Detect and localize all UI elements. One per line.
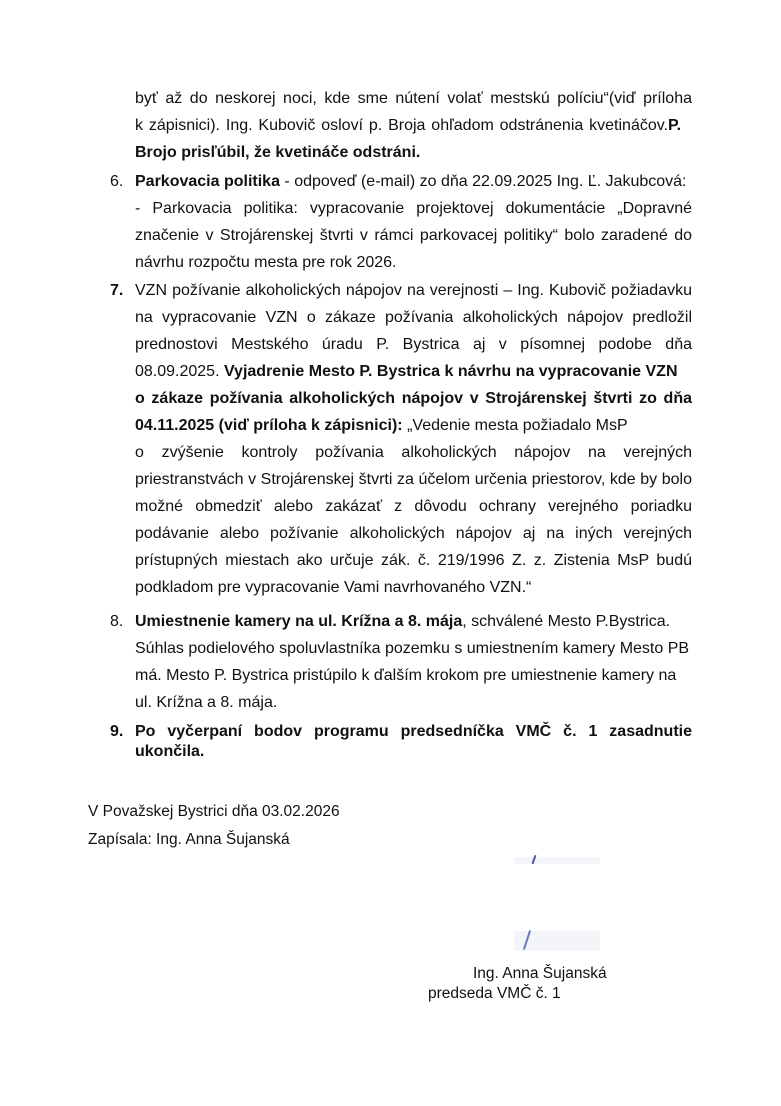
list-item-6-line: - Parkovacia politika: vypracovanie proj… <box>135 195 692 222</box>
item-title: Umiestnenie kamery na ul. Krížna a 8. má… <box>135 613 462 630</box>
paragraph-line: byť až do neskorej noci, kde sme nútení … <box>135 85 692 112</box>
paragraph-line: k zápisnici). Ing. Kubovič osloví p. Bro… <box>135 112 692 139</box>
list-item-7-line: o zvýšenie kontroly požívania alkoholick… <box>135 439 692 466</box>
place-and-date: V Považskej Bystrici dňa 03.02.2026 <box>88 800 340 824</box>
list-item-6-line: návrhu rozpočtu mesta pre rok 2026. <box>135 249 692 276</box>
list-item-7-line: prístupných miestach ako určuje zák. č. … <box>135 547 692 574</box>
list-number: 6. <box>110 168 123 195</box>
list-item-6-line: Parkovacia politika - odpoveď (e-mail) z… <box>135 168 692 195</box>
list-number: 7. <box>110 277 123 304</box>
list-item-7-line: 04.11.2025 (viď príloha k zápisnici): „V… <box>135 412 692 439</box>
list-number: 8. <box>110 608 123 635</box>
list-item-8-line: Súhlas podielového spoluvlastníka pozemk… <box>135 635 692 662</box>
list-item-9-line: ukončila. <box>135 738 692 765</box>
list-item-7-line: prednostovi Mestského úradu P. Bystrica … <box>135 331 692 358</box>
list-item-7-line: podkladom pre vypracovanie Vami navrhova… <box>135 574 692 601</box>
document-page: byť až do neskorej noci, kde sme nútení … <box>0 0 781 1106</box>
list-item-8-line: ul. Krížna a 8. mája. <box>135 689 692 716</box>
list-item-7-line: 08.09.2025. Vyjadrenie Mesto P. Bystrica… <box>135 358 692 385</box>
list-item-7-line: o zákaze požívania alkoholických nápojov… <box>135 385 692 412</box>
signatory-role: predseda VMČ č. 1 <box>428 982 561 1006</box>
list-item-7-line: na vypracovanie VZN o zákaze požívania a… <box>135 304 692 331</box>
item-title: Parkovacia politika <box>135 173 280 190</box>
recorded-by: Zapísala: Ing. Anna Šujanská <box>88 828 290 852</box>
list-item-7-line: priestranstvách v Strojárenskej štvrti z… <box>135 466 692 493</box>
list-item-8-line: Umiestnenie kamery na ul. Krížna a 8. má… <box>135 608 692 635</box>
list-item-7-line: podávanie alebo požívanie alkoholických … <box>135 520 692 547</box>
list-item-8-line: má. Mesto P. Bystrica pristúpilo k ďalší… <box>135 662 692 689</box>
list-item-7-line: možné obmedziť alebo zakázať z dôvodu oc… <box>135 493 692 520</box>
list-item-6-line: značenie v Strojárenskej štvrti v rámci … <box>135 222 692 249</box>
paragraph-line-bold: Brojo prisľúbil, že kvetináče odstráni. <box>135 139 692 166</box>
signature-fragment <box>514 857 600 864</box>
list-number: 9. <box>110 718 123 745</box>
list-item-7-line: VZN požívanie alkoholických nápojov na v… <box>135 277 692 304</box>
